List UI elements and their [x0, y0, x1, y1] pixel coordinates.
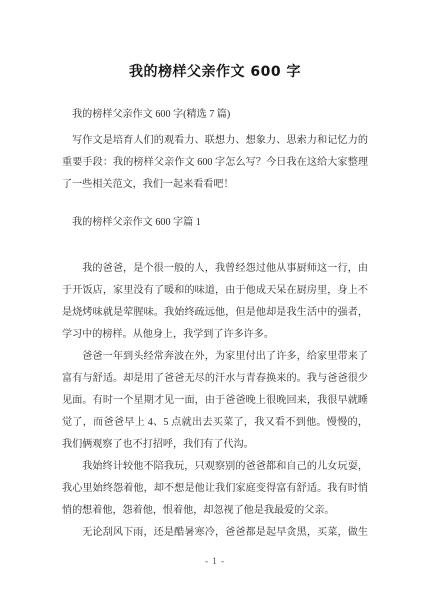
essay-paragraph-4-truncated: 无论刮风下雨，还是酷暑寒冷，爸爸都是起早贪黑，买菜，做生 — [62, 522, 368, 544]
essay-paragraph-1: 我的爸爸，是个很一般的人，我曾经怨过他从事厨师这一行，由于开饭店，家里没有了暖和… — [62, 258, 368, 346]
document-page: 我的榜样父亲作文 600 字 我的榜样父亲作文 600 字(精选 7 篇) 写作… — [0, 0, 424, 600]
page-title: 我的榜样父亲作文 600 字 — [62, 0, 368, 84]
document-subtitle: 我的榜样父亲作文 600 字(精选 7 篇) — [62, 104, 368, 126]
section-heading: 我的榜样父亲作文 600 字篇 1 — [62, 212, 368, 234]
essay-paragraph-2: 爸爸一年到头经常奔波在外，为家里付出了许多，给家里带来了富有与舒适。却是用了爸爸… — [62, 346, 368, 456]
page-number: - 1 - — [62, 554, 368, 568]
essay-paragraph-3: 我始终计较他不陪我玩，只观察别的爸爸都和自己的儿女玩耍，我心里始终怨着他，却不想… — [62, 456, 368, 522]
intro-paragraph: 写作文是培育人们的观看力、联想力、想象力、思索力和记忆力的重要手段：我的榜样父亲… — [62, 130, 368, 196]
